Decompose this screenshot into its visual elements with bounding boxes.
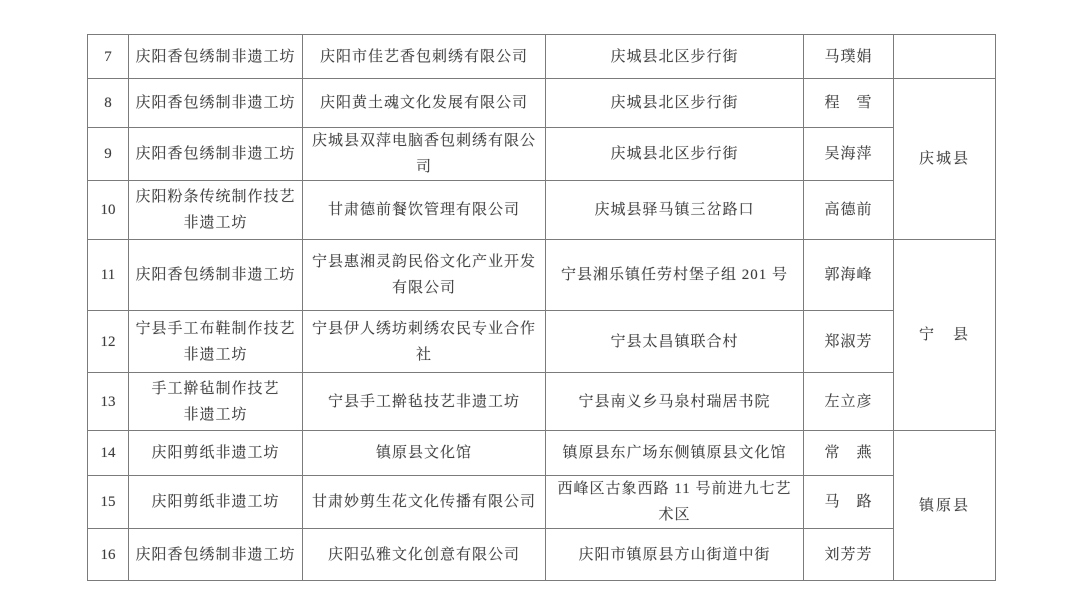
address-cell: 宁县太昌镇联合村	[546, 311, 804, 373]
workshop-name-cell: 手工擀毡制作技艺 非遗工坊	[129, 373, 303, 431]
row-number-cell: 8	[88, 79, 129, 128]
person-cell: 左立彦	[804, 373, 894, 431]
workshop-name-cell: 庆阳香包绣制非遗工坊	[129, 35, 303, 79]
person-cell: 郑淑芳	[804, 311, 894, 373]
county-cell: 庆城县	[894, 79, 996, 240]
person-cell: 吴海萍	[804, 128, 894, 181]
company-cell: 宁县惠湘灵韵民俗文化产业开发 有限公司	[303, 240, 546, 311]
company-cell: 镇原县文化馆	[303, 431, 546, 476]
person-cell: 马璞娟	[804, 35, 894, 79]
company-cell: 甘肃妙剪生花文化传播有限公司	[303, 476, 546, 529]
workshop-name-cell: 庆阳粉条传统制作技艺 非遗工坊	[129, 181, 303, 240]
table-row: 10 庆阳粉条传统制作技艺 非遗工坊 甘肃德前餐饮管理有限公司 庆城县驿马镇三岔…	[88, 181, 996, 240]
company-cell: 宁县伊人绣坊刺绣农民专业合作社	[303, 311, 546, 373]
person-cell: 郭海峰	[804, 240, 894, 311]
county-cell: 镇原县	[894, 431, 996, 581]
person-cell: 高德前	[804, 181, 894, 240]
table-row: 15 庆阳剪纸非遗工坊 甘肃妙剪生花文化传播有限公司 西峰区古象西路 11 号前…	[88, 476, 996, 529]
address-cell: 庆城县北区步行街	[546, 35, 804, 79]
row-number-cell: 7	[88, 35, 129, 79]
table-row: 8 庆阳香包绣制非遗工坊 庆阳黄土魂文化发展有限公司 庆城县北区步行街 程 雪 …	[88, 79, 996, 128]
workshop-name-cell: 庆阳剪纸非遗工坊	[129, 476, 303, 529]
workshop-name-cell: 庆阳香包绣制非遗工坊	[129, 128, 303, 181]
workshop-name-cell: 庆阳香包绣制非遗工坊	[129, 529, 303, 581]
table-row: 9 庆阳香包绣制非遗工坊 庆城县双萍电脑香包刺绣有限公司 庆城县北区步行街 吴海…	[88, 128, 996, 181]
table-row: 11 庆阳香包绣制非遗工坊 宁县惠湘灵韵民俗文化产业开发 有限公司 宁县湘乐镇任…	[88, 240, 996, 311]
table-row: 7 庆阳香包绣制非遗工坊 庆阳市佳艺香包刺绣有限公司 庆城县北区步行街 马璞娟	[88, 35, 996, 79]
county-cell: 宁 县	[894, 240, 996, 431]
company-cell: 宁县手工擀毡技艺非遗工坊	[303, 373, 546, 431]
company-cell: 庆阳市佳艺香包刺绣有限公司	[303, 35, 546, 79]
table-row: 14 庆阳剪纸非遗工坊 镇原县文化馆 镇原县东广场东侧镇原县文化馆 常 燕 镇原…	[88, 431, 996, 476]
person-cell: 常 燕	[804, 431, 894, 476]
person-cell: 马 路	[804, 476, 894, 529]
address-cell: 庆城县北区步行街	[546, 128, 804, 181]
person-cell: 程 雪	[804, 79, 894, 128]
row-number-cell: 15	[88, 476, 129, 529]
workshop-name-cell: 庆阳剪纸非遗工坊	[129, 431, 303, 476]
address-cell: 宁县南义乡马泉村瑞居书院	[546, 373, 804, 431]
address-cell: 镇原县东广场东侧镇原县文化馆	[546, 431, 804, 476]
workshop-name-cell: 庆阳香包绣制非遗工坊	[129, 79, 303, 128]
company-cell: 庆阳弘雅文化创意有限公司	[303, 529, 546, 581]
company-cell: 庆阳黄土魂文化发展有限公司	[303, 79, 546, 128]
table-row: 13 手工擀毡制作技艺 非遗工坊 宁县手工擀毡技艺非遗工坊 宁县南义乡马泉村瑞居…	[88, 373, 996, 431]
address-cell: 庆阳市镇原县方山街道中街	[546, 529, 804, 581]
row-number-cell: 13	[88, 373, 129, 431]
address-cell: 宁县湘乐镇任劳村堡子组 201 号	[546, 240, 804, 311]
row-number-cell: 16	[88, 529, 129, 581]
row-number-cell: 11	[88, 240, 129, 311]
address-cell: 庆城县驿马镇三岔路口	[546, 181, 804, 240]
heritage-workshop-table: 7 庆阳香包绣制非遗工坊 庆阳市佳艺香包刺绣有限公司 庆城县北区步行街 马璞娟 …	[87, 34, 996, 581]
person-cell: 刘芳芳	[804, 529, 894, 581]
address-cell: 西峰区古象西路 11 号前进九七艺术区	[546, 476, 804, 529]
row-number-cell: 10	[88, 181, 129, 240]
address-cell: 庆城县北区步行街	[546, 79, 804, 128]
row-number-cell: 9	[88, 128, 129, 181]
table-row: 16 庆阳香包绣制非遗工坊 庆阳弘雅文化创意有限公司 庆阳市镇原县方山街道中街 …	[88, 529, 996, 581]
county-cell	[894, 35, 996, 79]
workshop-name-cell: 宁县手工布鞋制作技艺 非遗工坊	[129, 311, 303, 373]
row-number-cell: 12	[88, 311, 129, 373]
company-cell: 庆城县双萍电脑香包刺绣有限公司	[303, 128, 546, 181]
company-cell: 甘肃德前餐饮管理有限公司	[303, 181, 546, 240]
workshop-name-cell: 庆阳香包绣制非遗工坊	[129, 240, 303, 311]
row-number-cell: 14	[88, 431, 129, 476]
table-row: 12 宁县手工布鞋制作技艺 非遗工坊 宁县伊人绣坊刺绣农民专业合作社 宁县太昌镇…	[88, 311, 996, 373]
